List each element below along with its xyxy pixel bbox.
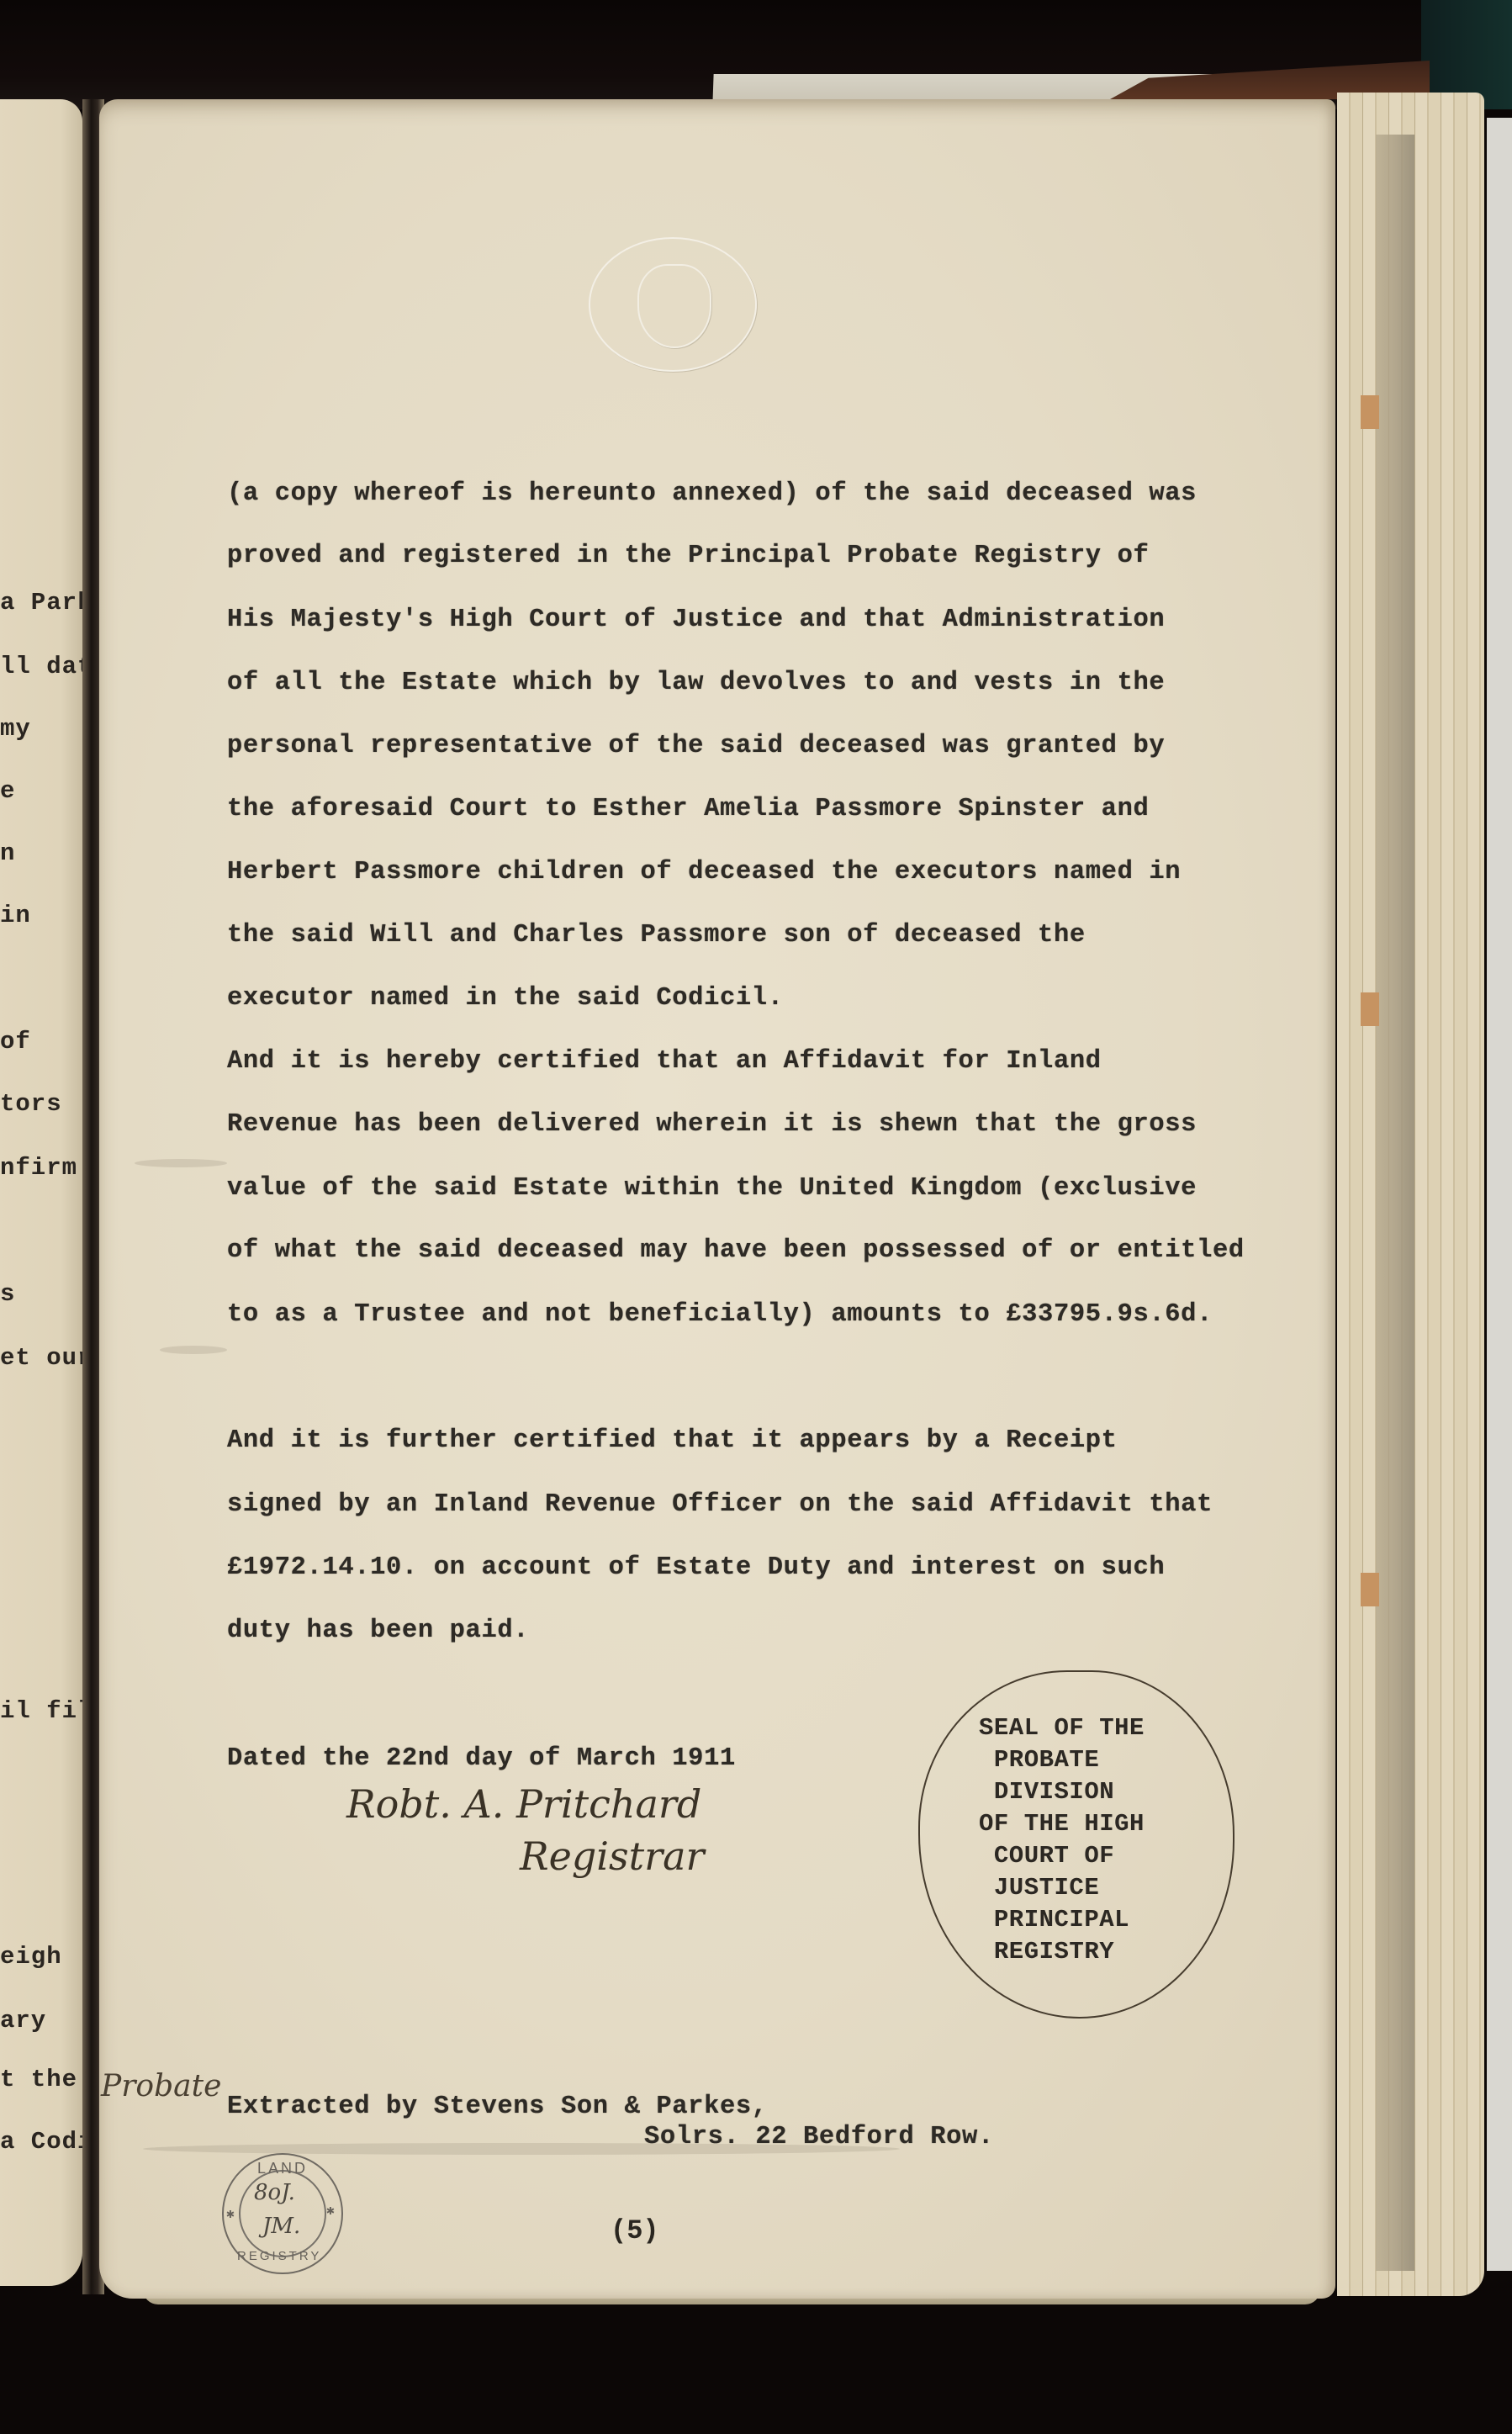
left-page-fragment: in: [0, 902, 94, 929]
star-icon: ✱: [226, 2205, 235, 2222]
seal-line: COURT OF: [979, 1840, 1114, 1872]
seal-line: SEAL OF THE: [979, 1712, 1145, 1744]
receipt-line: And it is further certified that it appe…: [227, 1426, 1345, 1455]
body-line: executor named in the said Codicil.: [227, 984, 1345, 1013]
embossed-royal-seal-icon: [589, 237, 757, 372]
page-number: (5): [611, 2215, 659, 2246]
left-page-fragment: a Park: [0, 589, 94, 616]
left-page-fragment: s: [0, 1280, 94, 1308]
orange-tab-marker: [1361, 395, 1379, 429]
ink-smudge: [160, 1346, 227, 1354]
seal-line: OF THE HIGH: [979, 1808, 1145, 1840]
coat-of-arms-icon: [637, 264, 711, 348]
body-line: (a copy whereof is hereunto annexed) of …: [227, 479, 1345, 508]
seal-line: DIVISION: [979, 1776, 1114, 1808]
orange-tab-marker: [1361, 1573, 1379, 1606]
left-page-fragment: ary: [0, 2007, 94, 2035]
seal-line: PRINCIPAL: [979, 1904, 1129, 1936]
left-page-fragment: t the: [0, 2066, 94, 2093]
left-page-fragment: of: [0, 1028, 94, 1056]
left-page-fragment: ll dated: [0, 653, 94, 680]
star-icon: ✱: [326, 2202, 335, 2219]
left-page-fragment: nfirm: [0, 1154, 94, 1182]
stamp-bottom-text: REGISTRY: [237, 2249, 321, 2263]
body-line: value of the said Estate within the Unit…: [227, 1174, 1345, 1203]
registrar-signature: Robt. A. Pritchard: [346, 1781, 701, 1827]
body-line: proved and registered in the Principal P…: [227, 542, 1345, 570]
solicitors-address-line: Solrs. 22 Bedford Row.: [644, 2123, 1512, 2151]
stamp-initials: JM.: [262, 2214, 300, 2239]
stamp-top-text: LAND: [257, 2160, 308, 2177]
body-line: of what the said deceased may have been …: [227, 1236, 1345, 1265]
body-line-gross-value: to as a Trustee and not beneficially) am…: [227, 1300, 1345, 1329]
body-line: And it is hereby certified that an Affid…: [227, 1047, 1345, 1076]
grid-card-edge: [1487, 118, 1512, 2271]
probate-margin-note: Probate: [101, 2069, 221, 2103]
left-page-fragment: et our: [0, 1344, 94, 1372]
body-line: His Majesty's High Court of Justice and …: [227, 606, 1345, 634]
left-page-fragment: n: [0, 839, 94, 867]
body-line: of all the Estate which by law devolves …: [227, 669, 1345, 697]
body-line: Revenue has been delivered wherein it is…: [227, 1110, 1345, 1139]
left-page-fragment: my: [0, 715, 94, 743]
body-line: the said Will and Charles Passmore son o…: [227, 921, 1345, 950]
stamp-initials: 8oJ.: [254, 2180, 295, 2205]
receipt-line: duty has been paid.: [227, 1616, 1345, 1645]
land-registry-stamp-icon: LAND REGISTRY ✱ ✱ 8oJ. JM.: [222, 2153, 343, 2274]
body-line: Herbert Passmore children of deceased th…: [227, 858, 1345, 886]
page-stack-shadow: [1376, 135, 1414, 2271]
receipt-line: signed by an Inland Revenue Officer on t…: [227, 1490, 1345, 1519]
body-line: the aforesaid Court to Esther Amelia Pas…: [227, 795, 1345, 823]
orange-tab-marker: [1361, 992, 1379, 1026]
seal-line: PROBATE: [979, 1744, 1099, 1776]
receipt-line-duty-amount: £1972.14.10. on account of Estate Duty a…: [227, 1553, 1345, 1582]
left-page-fragment: eigh: [0, 1943, 94, 1971]
left-page-fragment: e: [0, 777, 94, 805]
body-line: personal representative of the said dece…: [227, 732, 1345, 760]
extracted-by-line: Extracted by Stevens Son & Parkes,: [227, 2093, 1345, 2121]
seal-line: REGISTRY: [979, 1936, 1114, 1968]
left-page-fragment: tors: [0, 1090, 94, 1118]
ink-smudge: [135, 1159, 227, 1167]
left-page-fragment: il filed: [0, 1697, 94, 1725]
registrar-title: Registrar: [520, 1833, 705, 1879]
seal-line: JUSTICE: [979, 1872, 1099, 1904]
left-page-fragment: a Codicil: [0, 2128, 94, 2156]
